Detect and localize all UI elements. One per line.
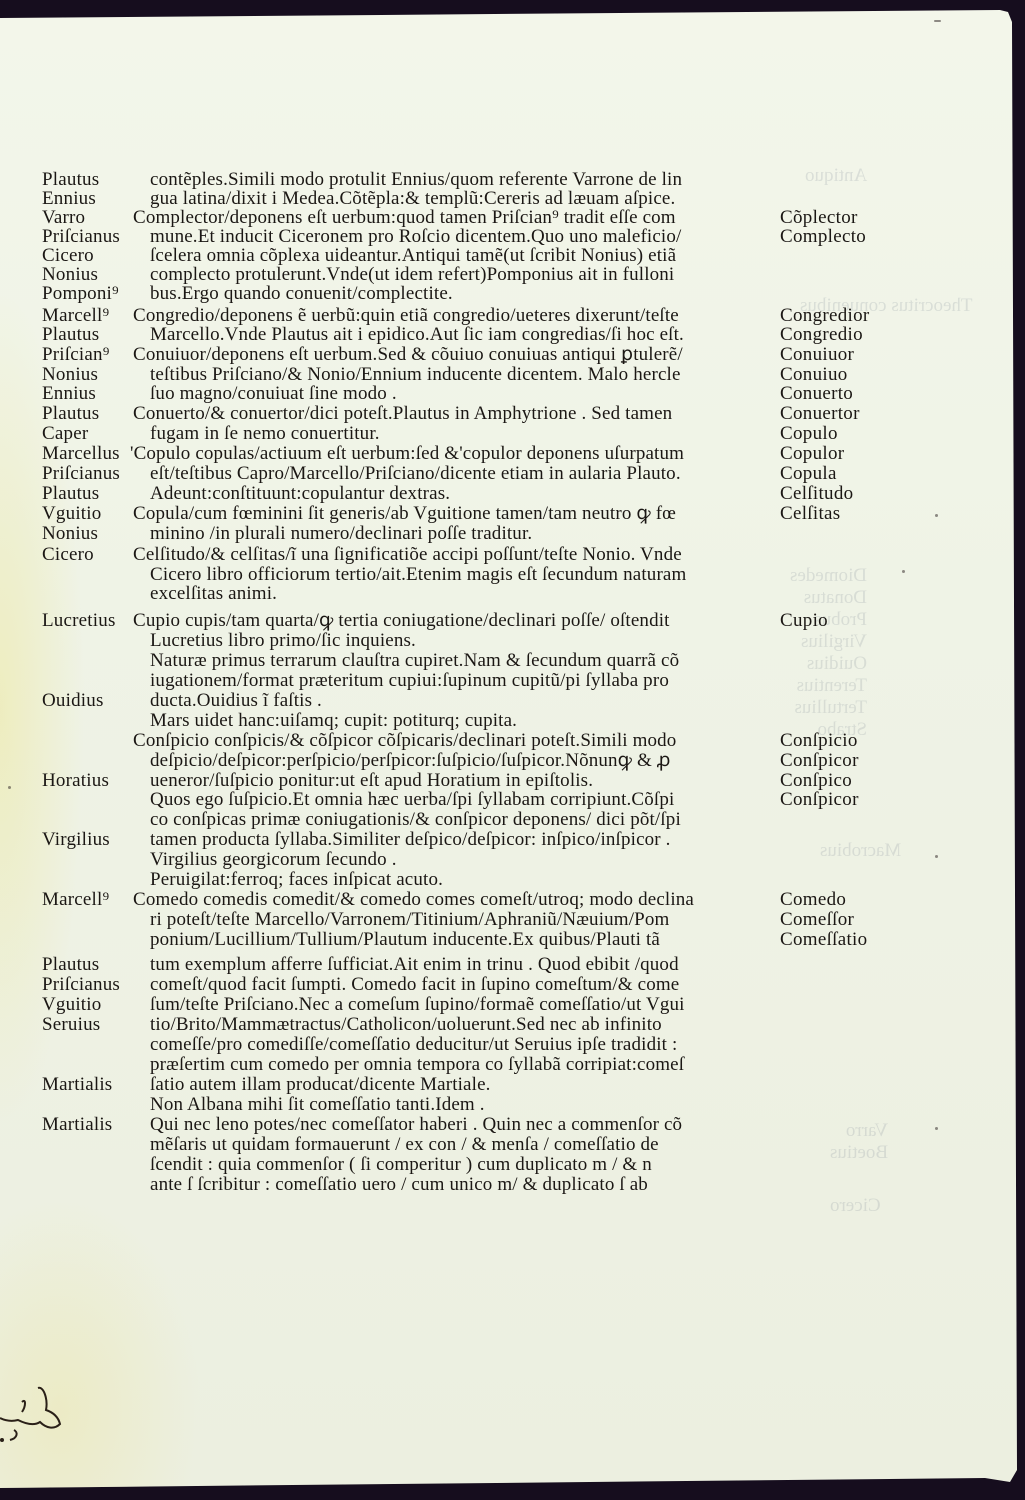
text-line: ri poteſt/teſte Marcello/Varronem/Titini…	[0, 910, 1017, 930]
text-line: VguitioCopula/cum fœminini ſit generis/a…	[0, 504, 1017, 524]
body-text: Cupio cupis/tam quarta/ꝙ tertia coniugat…	[133, 611, 670, 631]
margin-author-name: Ennius	[42, 189, 96, 209]
margin-author-name: Varro	[42, 208, 85, 228]
text-line: ante ſ ſcribitur : comeſſatio uero / cum…	[0, 1175, 1017, 1195]
margin-author-name: Plautus	[42, 170, 99, 190]
text-line: Virgiliustamen producta ſyllaba.Similite…	[0, 830, 1017, 850]
ink-speck	[902, 570, 905, 573]
body-text: præſertim cum comedo per omnia tempora c…	[150, 1055, 684, 1075]
body-text: fugam in ſe nemo conuertitur.	[150, 424, 380, 444]
body-text: Adeunt:conſtituunt:copulantur dextras.	[150, 484, 450, 504]
body-text: tum exemplum afferre ſufficiat.Ait enim …	[150, 955, 679, 975]
body-text: ri poteſt/teſte Marcello/Varronem/Titini…	[150, 910, 669, 930]
margin-keyword: Conuiuo	[780, 365, 848, 385]
text-line: Vguitioſum/teſte Priſciano.Nec a comeſum…	[0, 995, 1017, 1015]
text-line: PlautusConuerto/& conuertor/dici poteſt.…	[0, 404, 1017, 424]
margin-author-name: Marcell⁹	[42, 890, 109, 910]
text-line: Pomponi⁹bus.Ergo quando conuenit/complec…	[0, 284, 1017, 304]
margin-author-name: Ennius	[42, 384, 96, 404]
margin-keyword: Complecto	[780, 227, 866, 247]
margin-author-name: Nonius	[42, 265, 98, 285]
margin-keyword: Conſpico	[780, 771, 852, 791]
margin-keyword: Cõplector	[780, 208, 858, 228]
text-line: Plautustum exemplum afferre ſufficiat.Ai…	[0, 955, 1017, 975]
margin-author-name: Cicero	[42, 545, 94, 565]
margin-keyword: Comedo	[780, 890, 846, 910]
body-text: comeſt/quod facit ſumpti. Comedo facit i…	[150, 975, 679, 995]
margin-keyword: Conuiuor	[780, 345, 854, 365]
margin-keyword: Conſpicio	[780, 731, 858, 751]
text-line: CiceroCelſitudo/& celſitas/ĩ una ſignifi…	[0, 545, 1017, 565]
text-line: mẽſaris ut quidam formauerunt / ex con /…	[0, 1135, 1017, 1155]
body-text: comeſſe/pro comediſſe/comeſſatio deducit…	[150, 1035, 677, 1055]
margin-author-name: Nonius	[42, 524, 98, 544]
margin-author-name: Cicero	[42, 246, 94, 266]
text-line: Virgilius georgicorum ſecundo .	[0, 850, 1017, 870]
body-text: ſum/teſte Priſciano.Nec a comeſum ſupino…	[150, 995, 685, 1015]
ink-speck	[935, 514, 938, 517]
margin-author-name: Plautus	[42, 955, 99, 975]
margin-author-name: Ouidius	[42, 691, 104, 711]
text-line: Priſcianusmune.Et inducit Ciceronem pro …	[0, 227, 1017, 247]
ink-speck	[934, 20, 941, 22]
text-line: LucretiusCupio cupis/tam quarta/ꝙ tertia…	[0, 611, 1017, 631]
body-text: eſt/teſtibus Capro/Marcello/Priſciano/di…	[150, 464, 681, 484]
text-line: Non Albana mihi ſit comeſſatio tanti.Ide…	[0, 1095, 1017, 1115]
margin-author-name: Caper	[42, 424, 88, 444]
body-text: ſcendit : quia commenſor ( ſi comperitur…	[150, 1155, 652, 1175]
margin-keyword: Comeſſor	[780, 910, 854, 930]
text-line: Plautuscontẽples.Simili modo protulit En…	[0, 170, 1017, 190]
body-text: 'Copulo copulas/actiuum eſt uerbum:ſed &…	[130, 444, 684, 464]
margin-author-name: Horatius	[42, 771, 109, 791]
body-text: Non Albana mihi ſit comeſſatio tanti.Ide…	[150, 1095, 485, 1115]
margin-keyword: Conſpicor	[780, 751, 859, 771]
text-line: Noniusteſtibus Priſciano/& Nonio/Ennium …	[0, 365, 1017, 385]
text-line: Cicero libro officiorum tertio/ait.Eteni…	[0, 565, 1017, 585]
text-line: Noniuscomplecto protulerunt.Vnde(ut idem…	[0, 265, 1017, 285]
body-text: Conuiuor/deponens eſt uerbum.Sed & cõuiu…	[133, 345, 683, 365]
body-text: ducta.Ouidius ĩ faſtis .	[150, 691, 322, 711]
margin-author-name: Priſcianus	[42, 227, 120, 247]
margin-author-name: Plautus	[42, 404, 99, 424]
text-line: Caperfugam in ſe nemo conuertitur.Copulo	[0, 424, 1017, 444]
margin-keyword: Copula	[780, 464, 837, 484]
body-text: Qui nec leno potes/nec comeſſator haberi…	[150, 1115, 682, 1135]
body-text: Comedo comedis comedit/& comedo comes co…	[133, 890, 694, 910]
body-text: ante ſ ſcribitur : comeſſatio uero / cum…	[150, 1175, 648, 1195]
text-line: Noniusminino /in plurali numero/declinar…	[0, 524, 1017, 544]
body-text: Virgilius georgicorum ſecundo .	[150, 850, 397, 870]
margin-author-name: Plautus	[42, 484, 99, 504]
body-text: Lucretius libro primo/ſic inquiens.	[150, 631, 416, 651]
body-text: Copula/cum fœminini ſit generis/ab Vguit…	[133, 504, 676, 524]
text-line: Quos ego ſuſpicio.Et omnia hæc uerba/ſpi…	[0, 790, 1017, 810]
text-line: deſpicio/deſpicor:perſpicio/perſpicor:ſu…	[0, 751, 1017, 771]
text-line: Priſcianuscomeſt/quod facit ſumpti. Come…	[0, 975, 1017, 995]
body-text: Quos ego ſuſpicio.Et omnia hæc uerba/ſpi…	[150, 790, 674, 810]
body-text: excelſitas animi.	[150, 584, 277, 604]
margin-author-name: Vguitio	[42, 995, 101, 1015]
ink-speck	[935, 855, 938, 858]
body-text: minino /in plurali numero/declinari poſſ…	[150, 524, 532, 544]
text-line: PlautusAdeunt:conſtituunt:copulantur dex…	[0, 484, 1017, 504]
body-text: Congredio/deponens ẽ uerbũ:quin etiã con…	[133, 306, 679, 326]
margin-author-name: Priſcianus	[42, 975, 120, 995]
text-line: excelſitas animi.	[0, 584, 1017, 604]
text-line: Marcell⁹Congredio/deponens ẽ uerbũ:quin …	[0, 306, 1017, 326]
margin-author-name: Virgilius	[42, 830, 110, 850]
text-line: ſcendit : quia commenſor ( ſi comperitur…	[0, 1155, 1017, 1175]
body-text: ſuo magno/conuiuat ſine modo .	[150, 384, 397, 404]
margin-keyword: Congredio	[780, 325, 863, 345]
text-line: Mars uidet hanc:uiſamq; cupit: potiturq;…	[0, 711, 1017, 731]
text-line: Lucretius libro primo/ſic inquiens.	[0, 631, 1017, 651]
margin-author-name: Plautus	[42, 325, 99, 345]
text-line: PlautusMarcello.Vnde Plautus ait i epidi…	[0, 325, 1017, 345]
margin-author-name: Marcell⁹	[42, 306, 109, 326]
text-line: præſertim cum comedo per omnia tempora c…	[0, 1055, 1017, 1075]
margin-author-name: Martialis	[42, 1115, 112, 1135]
text-line: MartialisQui nec leno potes/nec comeſſat…	[0, 1115, 1017, 1135]
text-line: Enniusſuo magno/conuiuat ſine modo .Conu…	[0, 384, 1017, 404]
ink-speck	[8, 786, 11, 789]
text-line: Marcell⁹Comedo comedis comedit/& comedo …	[0, 890, 1017, 910]
body-text: co conſpicas primæ coniugationis/& conſp…	[150, 810, 681, 830]
text-line: Conſpicio conſpicis/& cõſpicor cõſpicari…	[0, 731, 1017, 751]
margin-author-name: Marcellus	[42, 444, 120, 464]
margin-author-name: Priſcianus	[42, 464, 120, 484]
marginal-flourish-icon	[0, 1350, 70, 1460]
body-text: ponium/Lucillium/Tullium/Plautum inducen…	[150, 930, 660, 950]
body-text: Conſpicio conſpicis/& cõſpicor cõſpicari…	[133, 731, 676, 751]
body-text: Marcello.Vnde Plautus ait i epidico.Aut …	[150, 325, 684, 345]
margin-keyword: Conuerto	[780, 384, 853, 404]
margin-keyword: Copulo	[780, 424, 838, 444]
body-text: deſpicio/deſpicor:perſpicio/perſpicor:ſu…	[150, 751, 671, 771]
body-text: Cicero libro officiorum tertio/ait.Eteni…	[150, 565, 686, 585]
text-line: Ciceroſcelera omnia cõplexa uideantur.An…	[0, 246, 1017, 266]
body-text: Mars uidet hanc:uiſamq; cupit: potiturq;…	[150, 711, 517, 731]
margin-keyword: Conſpicor	[780, 790, 859, 810]
text-line: VarroComplector/deponens eſt uerbum:quod…	[0, 208, 1017, 228]
body-text: tio/Brito/Mammætractus/Catholicon/uoluer…	[150, 1015, 662, 1035]
text-line: Ouidiusducta.Ouidius ĩ faſtis .	[0, 691, 1017, 711]
text-line: Naturæ primus terrarum clauſtra cupiret.…	[0, 651, 1017, 671]
body-text: bus.Ergo quando conuenit/complectite.	[150, 284, 453, 304]
margin-keyword: Comeſſatio	[780, 930, 867, 950]
body-text: Naturæ primus terrarum clauſtra cupiret.…	[150, 651, 679, 671]
ink-speck	[935, 1127, 938, 1130]
margin-keyword: Conuertor	[780, 404, 860, 424]
body-text: ueneror/ſuſpicio ponitur:ut eſt apud Hor…	[150, 771, 593, 791]
margin-author-name: Priſcian⁹	[42, 345, 110, 365]
margin-keyword: Cupio	[780, 611, 828, 631]
text-line: Peruigilat:ferroq; faces inſpicat acuto.	[0, 870, 1017, 890]
margin-keyword: Celſitudo	[780, 484, 853, 504]
body-text: teſtibus Priſciano/& Nonio/Ennium induce…	[150, 365, 681, 385]
margin-author-name: Martialis	[42, 1075, 112, 1095]
body-text: Conuerto/& conuertor/dici poteſt.Plautus…	[133, 404, 672, 424]
body-text: Celſitudo/& celſitas/ĩ una ſignificatiõe…	[133, 545, 682, 565]
text-line: Enniusgua latina/dixit i Medea.Cõtẽpla:&…	[0, 189, 1017, 209]
text-line: Priſcian⁹Conuiuor/deponens eſt uerbum.Se…	[0, 345, 1017, 365]
body-text: gua latina/dixit i Medea.Cõtẽpla:& templ…	[150, 189, 675, 209]
margin-author-name: Seruius	[42, 1015, 100, 1035]
margin-keyword: Copulor	[780, 444, 844, 464]
text-line: Priſcianuseſt/teſtibus Capro/Marcello/Pr…	[0, 464, 1017, 484]
margin-author-name: Nonius	[42, 365, 98, 385]
body-text: mune.Et inducit Ciceronem pro Roſcio dic…	[150, 227, 681, 247]
body-text: complecto protulerunt.Vnde(ut idem refer…	[150, 265, 674, 285]
body-text: mẽſaris ut quidam formauerunt / ex con /…	[150, 1135, 659, 1155]
body-text: ſatio autem illam producat/dicente Marti…	[150, 1075, 491, 1095]
text-line: iugationem/format præteritum cupiui:ſupi…	[0, 671, 1017, 691]
text-line: co conſpicas primæ coniugationis/& conſp…	[0, 810, 1017, 830]
body-text: iugationem/format præteritum cupiui:ſupi…	[150, 671, 669, 691]
manuscript-page: AntiquoTheocritus conuenibusDiomedes Don…	[0, 10, 1017, 1488]
margin-keyword: Congredior	[780, 306, 870, 326]
text-line: Martialisſatio autem illam producat/dice…	[0, 1075, 1017, 1095]
text-line: Horatiusueneror/ſuſpicio ponitur:ut eſt …	[0, 771, 1017, 791]
margin-author-name: Vguitio	[42, 504, 101, 524]
bleedthrough-text: Cicero	[830, 1195, 881, 1217]
text-line: Seruiustio/Brito/Mammætractus/Catholicon…	[0, 1015, 1017, 1035]
body-text: contẽples.Simili modo protulit Ennius/qu…	[150, 170, 682, 190]
text-line: comeſſe/pro comediſſe/comeſſatio deducit…	[0, 1035, 1017, 1055]
body-text: Peruigilat:ferroq; faces inſpicat acuto.	[150, 870, 443, 890]
margin-author-name: Pomponi⁹	[42, 284, 119, 304]
text-line: ponium/Lucillium/Tullium/Plautum inducen…	[0, 930, 1017, 950]
body-text: Complector/deponens eſt uerbum:quod tame…	[133, 208, 676, 228]
text-line: Marcellus'Copulo copulas/actiuum eſt uer…	[0, 444, 1017, 464]
margin-keyword: Celſitas	[780, 504, 840, 524]
body-text: ſcelera omnia cõplexa uideantur.Antiqui …	[150, 246, 676, 266]
body-text: tamen producta ſyllaba.Similiter deſpico…	[150, 830, 671, 850]
margin-author-name: Lucretius	[42, 611, 116, 631]
